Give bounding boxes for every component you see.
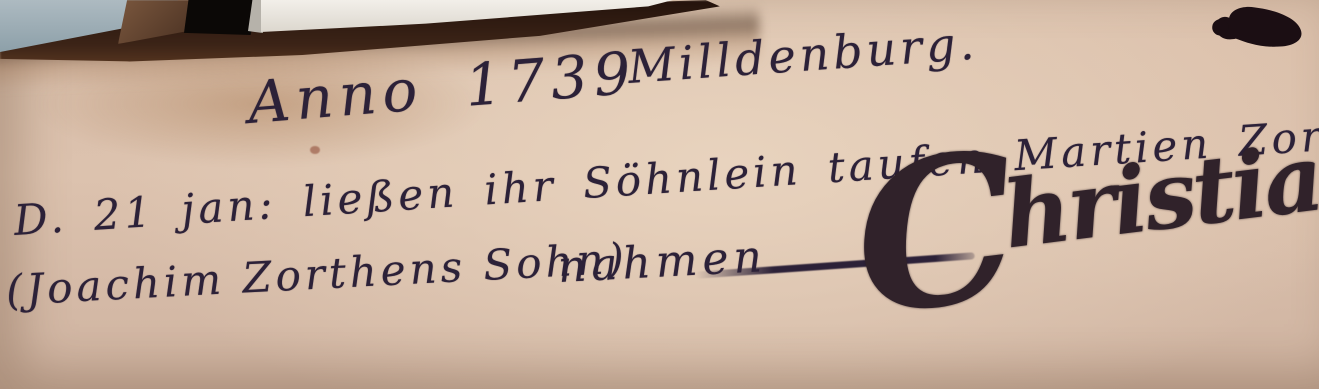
paper-speck	[310, 146, 320, 154]
entry-word-nahmen: nahmen	[557, 235, 768, 290]
ink-blot	[1200, 0, 1315, 60]
entry-line-2: (Joachim Zorthens Sohn)	[5, 237, 629, 312]
page-gap-shadow	[184, 0, 258, 35]
signature-name: Christian	[849, 124, 1319, 333]
manuscript-photo: Anno 1739 Milldenburg. D. 21 jan: ließen…	[0, 0, 1319, 389]
